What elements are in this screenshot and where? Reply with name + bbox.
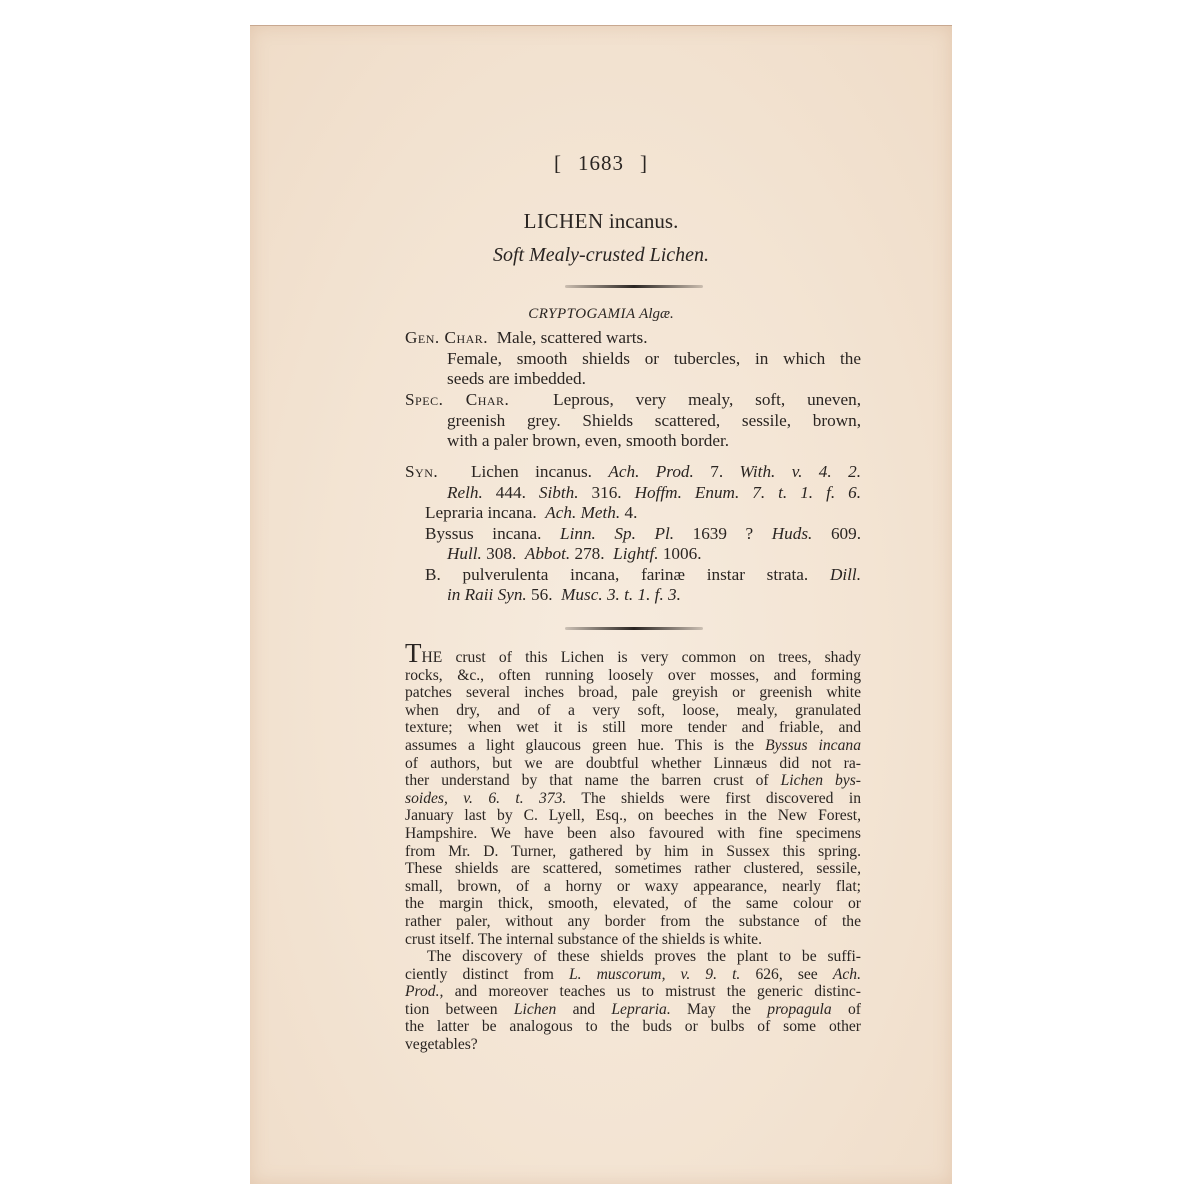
spec-char-label: Spec. Char. [405, 390, 509, 409]
synonymy: Syn. Lichen incanus. Ach. Prod. 7. With.… [405, 462, 861, 606]
syn-label: Syn. [405, 462, 438, 481]
classification: CRYPTOGAMIA Algæ. [250, 306, 952, 323]
specific-character: Spec. Char. Leprous, very mealy, soft, u… [405, 390, 861, 452]
species-title: LICHEN incanus. [250, 209, 952, 234]
ornamental-rule [565, 285, 703, 288]
common-name: Soft Mealy-crusted Lichen. [250, 244, 952, 267]
drop-cap: T [405, 638, 422, 668]
gen-char-label: Gen. Char. [405, 328, 488, 347]
page-number: [1683] [250, 151, 952, 176]
generic-character: Gen. Char. Male, scattered warts. Female… [405, 328, 861, 390]
ornamental-rule [565, 627, 703, 630]
description-text: THE crust of this Lichen is very common … [405, 644, 861, 1054]
printed-page: [1683] LICHEN incanus. Soft Mealy-cruste… [250, 25, 952, 1184]
